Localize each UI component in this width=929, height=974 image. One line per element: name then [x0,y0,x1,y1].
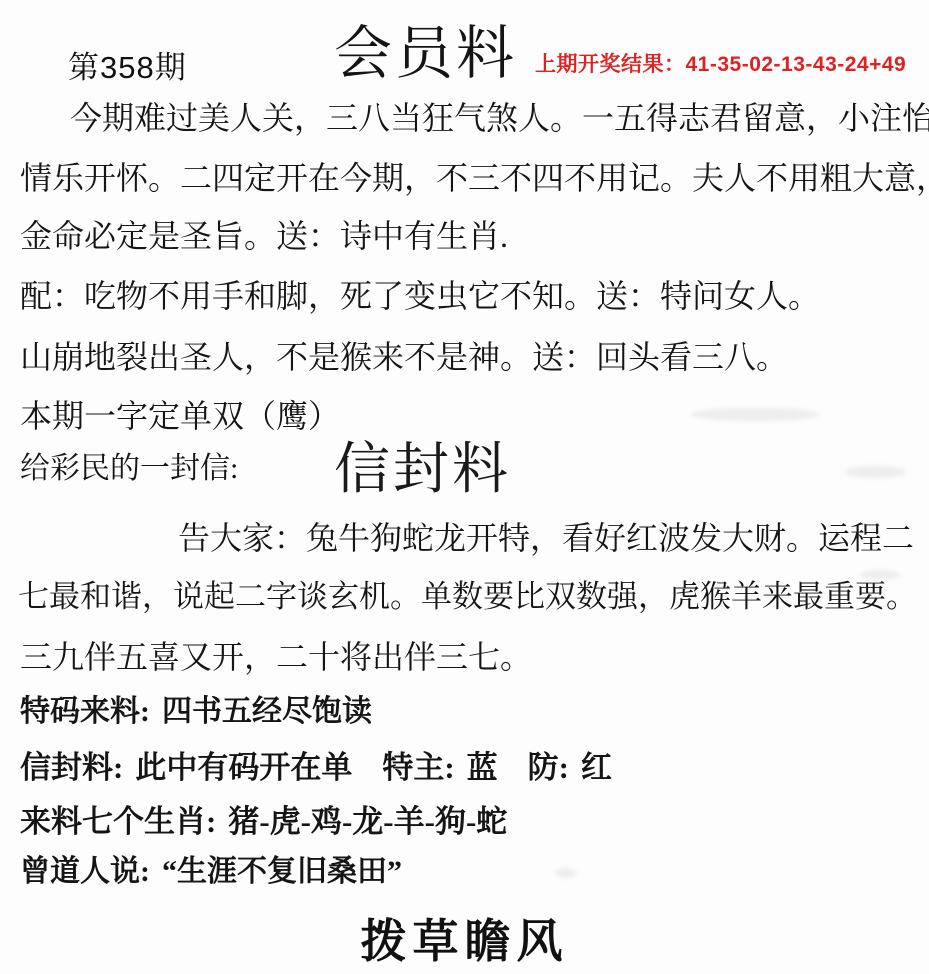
member-line-2: 情乐开怀。二四定开在今期，不三不四不用记。夫人不用粗大意， [20,160,929,197]
envelope-section-title: 信封料 [334,425,511,505]
te-main-value: 蓝 [467,750,498,785]
last-draw-result: 上期开奖结果：41-35-02-13-43-24+49 [535,48,906,78]
member-section-title: 会员料 [334,6,517,90]
member-line-5: 山崩地裂出圣人，不是猴来不是神。送：回头看三八。 [20,339,788,376]
special-code-text: 四书五经尽饱读 [162,695,372,728]
scan-artifact [845,466,905,478]
special-code-tip-line: 特码来料:四书五经尽饱读 [20,695,372,730]
scan-artifact [690,408,820,421]
member-line-1: 今期难过美人关，三八当狂气煞人。一五得志君留意，小注怡 [70,100,929,137]
zodiac-tip-line: 来料七个生肖:猪-虎-鸡-龙-羊-狗-蛇 [20,804,507,840]
envelope-line-1: 告大家：兔牛狗蛇龙开特，看好红波发大财。运程二 [178,520,914,557]
envelope-line-3: 三九伴五喜又开，二十将出伴三七。 [20,639,532,676]
envelope-tip-line: 信封料:此中有码开在单特主:蓝防:红 [20,750,612,786]
quote-line: 曾道人说:“生涯不复旧桑田” [20,855,402,890]
guard-label: 防: [528,750,569,785]
envelope-tip-text: 此中有码开在单 [135,750,352,785]
member-line-4: 配：吃物不用手和脚，死了变虫它不知。送：特问女人。 [20,278,820,315]
member-line-6: 本期一字定单双（鹰） [20,398,340,435]
te-main-label: 特主: [382,750,454,785]
scan-artifact [556,868,576,878]
zodiac-list: 猪-虎-鸡-龙-羊-狗-蛇 [228,804,507,839]
footer-title: 拨草瞻风 [0,905,929,971]
guard-value: 红 [581,750,612,785]
zodiac-label: 来料七个生肖: [20,804,216,839]
envelope-line-2: 七最和谐，说起二字谈玄机。单数要比双数强，虎猴羊来最重要。 [18,579,917,615]
member-line-3: 金命必定是圣旨。送：诗中有生肖. [20,218,508,255]
special-code-label: 特码来料: [20,695,150,728]
envelope-intro-label: 给彩民的一封信: [20,452,238,487]
lottery-tip-sheet: 第358期 会员料 上期开奖结果：41-35-02-13-43-24+49 今期… [0,0,929,974]
scan-artifact [860,570,900,580]
envelope-tip-label: 信封料: [20,750,123,785]
quote-text: “生涯不复旧桑田” [162,855,402,888]
quote-label: 曾道人说: [20,855,150,888]
issue-number: 第358期 [68,42,187,87]
